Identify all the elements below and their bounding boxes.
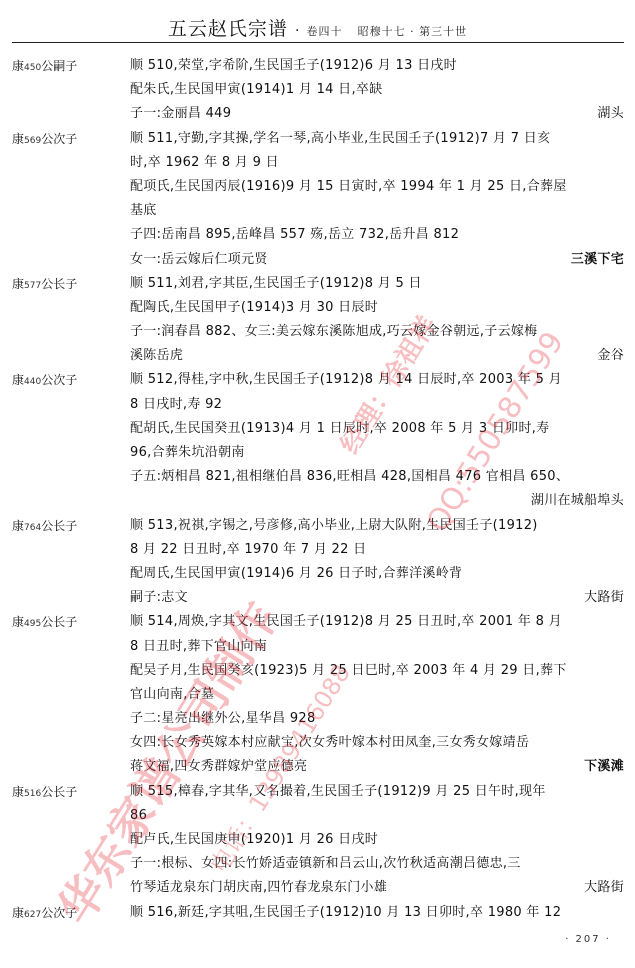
entry-line: 配陶氏,生民国甲子(1914)3 月 30 日辰时 — [130, 296, 624, 320]
header-rule — [12, 42, 624, 43]
entry-text: 配胡氏,生民国癸丑(1913)4 月 1 日辰时,卒 2008 年 5 月 3 … — [130, 417, 549, 441]
entry-text: 基底 — [130, 199, 157, 223]
entry-line: 86 — [130, 804, 624, 828]
father-label: 康450公嗣子 — [12, 54, 122, 80]
entry-text: 嗣子:志文 — [130, 586, 188, 610]
entry-text: 子二:星亮出继外公,星华昌 928 — [130, 707, 316, 731]
entry-line: 子五:炳相昌 821,祖相继伯昌 836,旺相昌 428,国相昌 476 官相昌… — [130, 465, 624, 489]
entry-text: 溪陈岳虎 — [130, 344, 183, 368]
residence-place: 湖头 — [597, 102, 624, 126]
father-clan-char: 康 — [12, 59, 24, 73]
entry-line: 湖川在城船埠头 — [130, 489, 624, 513]
title-separator: · — [295, 23, 299, 39]
entry-line: 溪陈岳虎金谷 — [130, 344, 624, 368]
entry-text: 顺 511,守勤,字其操,学名一琴,高小毕业,生民国壬子(1912)7 月 7 … — [130, 127, 550, 151]
entry-body: 顺 513,祝祺,字锡之,号彦修,高小毕业,上尉大队附,生民国壬子(1912)8… — [130, 514, 624, 611]
relation-label: 公长子 — [41, 615, 77, 629]
entry-line: 时,卒 1962 年 8 月 9 日 — [130, 151, 624, 175]
father-label: 康569公次子 — [12, 127, 122, 153]
entry-line: 顺 516,新廷,字其咀,生民国壬子(1912)10 月 13 日卯时,卒 19… — [130, 901, 624, 925]
entry-body: 顺 511,刘君,字其臣,生民国壬子(1912)8 月 5 日配陶氏,生民国甲子… — [130, 272, 624, 369]
entry-line: 96,合葬朱坑沿朝南 — [130, 441, 624, 465]
entry-line: 配胡氏,生民国癸丑(1913)4 月 1 日辰时,卒 2008 年 5 月 3 … — [130, 417, 624, 441]
entry-body: 顺 515,樟春,字其华,又名撮着,生民国壬子(1912)9 月 25 日午时,… — [130, 780, 624, 901]
relation-label: 公长子 — [41, 519, 77, 533]
father-clan-char: 康 — [12, 906, 24, 920]
entry-line: 配吴子月,生民国癸亥(1923)5 月 25 日巳时,卒 2003 年 4 月 … — [130, 659, 624, 683]
entry-line: 配周氏,生民国甲寅(1914)6 月 26 日子时,合葬洋溪岭背 — [130, 562, 624, 586]
father-clan-char: 康 — [12, 277, 24, 291]
entry-line: 子二:星亮出继外公,星华昌 928 — [130, 707, 624, 731]
entry-text: 配吴子月,生民国癸亥(1923)5 月 25 日巳时,卒 2003 年 4 月 … — [130, 659, 567, 683]
entry-text: 子四:岳南昌 895,岳峰昌 557 殇,岳立 732,岳升昌 812 — [130, 223, 459, 247]
relation-label: 公长子 — [41, 785, 77, 799]
entry-text: 女四:长女秀英嫁本村应献宝,次女秀叶嫁本村田凤奎,三女秀女嫁靖岳 — [130, 731, 529, 755]
father-label: 康764公长子 — [12, 514, 122, 540]
residence-place: 下溪滩 — [584, 755, 624, 779]
entry-line: 顺 511,刘君,字其臣,生民国壬子(1912)8 月 5 日 — [130, 272, 624, 296]
father-number: 764 — [24, 523, 41, 533]
father-number: 569 — [24, 136, 41, 146]
relation-label: 公嗣子 — [41, 59, 77, 73]
entry-text: 女一:岳云嫁后仁项元贤 — [130, 248, 268, 272]
father-number: 516 — [24, 789, 41, 799]
residence-place: 大路街 — [584, 586, 624, 610]
father-clan-char: 康 — [12, 615, 24, 629]
entry-line: 顺 513,祝祺,字锡之,号彦修,高小毕业,上尉大队附,生民国壬子(1912) — [130, 514, 624, 538]
entry-text: 顺 510,荣堂,字希阶,生民国壬子(1912)6 月 13 日戌时 — [130, 54, 457, 78]
volume-label: 卷四十 — [307, 25, 343, 38]
genealogy-entry: 康764公长子顺 513,祝祺,字锡之,号彦修,高小毕业,上尉大队附,生民国壬子… — [0, 514, 635, 611]
relation-label: 公次子 — [41, 373, 77, 387]
entry-text: 竹琴适龙泉东门胡庆南,四竹春龙泉东门小雄 — [130, 876, 387, 900]
entry-body: 顺 516,新廷,字其咀,生民国壬子(1912)10 月 13 日卯时,卒 19… — [130, 901, 624, 925]
genealogy-entry: 康495公长子顺 514,周焕,字其文,生民国壬子(1912)8 月 25 日丑… — [0, 610, 635, 779]
entry-body: 顺 511,守勤,字其操,学名一琴,高小毕业,生民国壬子(1912)7 月 7 … — [130, 127, 624, 272]
entry-text: 顺 515,樟春,字其华,又名撮着,生民国壬子(1912)9 月 25 日午时,… — [130, 780, 546, 804]
entry-line: 顺 511,守勤,字其操,学名一琴,高小毕业,生民国壬子(1912)7 月 7 … — [130, 127, 624, 151]
entry-body: 顺 514,周焕,字其文,生民国壬子(1912)8 月 25 日丑时,卒 200… — [130, 610, 624, 779]
father-label: 康495公长子 — [12, 610, 122, 636]
entry-line: 8 日戌时,寿 92 — [130, 393, 624, 417]
entry-line: 顺 512,得桂,字中秋,生民国壬子(1912)8 月 14 日辰时,卒 200… — [130, 368, 624, 392]
entry-text: 子五:炳相昌 821,祖相继伯昌 836,旺相昌 428,国相昌 476 官相昌… — [130, 465, 569, 489]
generation-label: 昭穆十七 · 第三十世 — [358, 25, 468, 38]
relation-label: 公次子 — [41, 132, 77, 146]
entry-text: 8 月 22 日丑时,卒 1970 年 7 月 22 日 — [130, 538, 366, 562]
residence-place: 三溪下宅 — [571, 248, 624, 272]
entry-text: 顺 514,周焕,字其文,生民国壬子(1912)8 月 25 日丑时,卒 200… — [130, 610, 562, 634]
entry-body: 顺 512,得桂,字中秋,生民国壬子(1912)8 月 14 日辰时,卒 200… — [130, 368, 624, 513]
entry-text: 子一:润春昌 882、女三:美云嫁东溪陈旭成,巧云嫁金谷朝远,子云嫁梅 — [130, 320, 537, 344]
genealogy-entry: 康516公长子顺 515,樟春,字其华,又名撮着,生民国壬子(1912)9 月 … — [0, 780, 635, 901]
entry-line: 基底 — [130, 199, 624, 223]
genealogy-entry: 康450公嗣子顺 510,荣堂,字希阶,生民国壬子(1912)6 月 13 日戌… — [0, 54, 635, 127]
father-label: 康440公次子 — [12, 368, 122, 394]
entry-text: 顺 512,得桂,字中秋,生民国壬子(1912)8 月 14 日辰时,卒 200… — [130, 368, 562, 392]
relation-label: 公长子 — [41, 277, 77, 291]
genealogy-entry: 康569公次子顺 511,守勤,字其操,学名一琴,高小毕业,生民国壬子(1912… — [0, 127, 635, 272]
father-clan-char: 康 — [12, 132, 24, 146]
relation-label: 公次子 — [41, 906, 77, 920]
entry-text: 配陶氏,生民国甲子(1914)3 月 30 日辰时 — [130, 296, 378, 320]
residence-place: 湖川在城船埠头 — [531, 489, 624, 513]
genealogy-entries: 康450公嗣子顺 510,荣堂,字希阶,生民国壬子(1912)6 月 13 日戌… — [0, 54, 635, 925]
entry-text: 配卢氏,生民国庚申(1920)1 月 26 日戌时 — [130, 828, 378, 852]
entry-line: 女一:岳云嫁后仁项元贤三溪下宅 — [130, 248, 624, 272]
father-number: 495 — [24, 619, 41, 629]
genealogy-entry: 康627公次子顺 516,新廷,字其咀,生民国壬子(1912)10 月 13 日… — [0, 901, 635, 925]
father-label: 康627公次子 — [12, 901, 122, 927]
entry-text: 8 日戌时,寿 92 — [130, 393, 222, 417]
entry-line: 子一:润春昌 882、女三:美云嫁东溪陈旭成,巧云嫁金谷朝远,子云嫁梅 — [130, 320, 624, 344]
entry-line: 嗣子:志文大路街 — [130, 586, 624, 610]
entry-line: 顺 514,周焕,字其文,生民国壬子(1912)8 月 25 日丑时,卒 200… — [130, 610, 624, 634]
entry-text: 配朱氏,生民国甲寅(1914)1 月 14 日,卒缺 — [130, 78, 383, 102]
father-number: 577 — [24, 281, 41, 291]
entry-line: 子四:岳南昌 895,岳峰昌 557 殇,岳立 732,岳升昌 812 — [130, 223, 624, 247]
residence-place: 金谷 — [597, 344, 624, 368]
page-header: 五云赵氏宗谱 · 卷四十 昭穆十七 · 第三十世 — [0, 14, 635, 41]
entry-text: 子一:金丽昌 449 — [130, 102, 231, 126]
book-title: 五云赵氏宗谱 — [168, 18, 288, 40]
father-number: 440 — [24, 377, 41, 387]
residence-place: 大路街 — [584, 876, 624, 900]
entry-line: 官山向南,合墓 — [130, 683, 624, 707]
entry-text: 顺 516,新廷,字其咀,生民国壬子(1912)10 月 13 日卯时,卒 19… — [130, 901, 561, 925]
entry-line: 子一:根标、女四:长竹娇适壶镇新和吕云山,次竹秋适高潮吕德忠,三 — [130, 852, 624, 876]
entry-text: 官山向南,合墓 — [130, 683, 214, 707]
entry-line: 顺 515,樟春,字其华,又名撮着,生民国壬子(1912)9 月 25 日午时,… — [130, 780, 624, 804]
entry-line: 顺 510,荣堂,字希阶,生民国壬子(1912)6 月 13 日戌时 — [130, 54, 624, 78]
entry-line: 8 日丑时,葬下官山向南 — [130, 635, 624, 659]
entry-body: 顺 510,荣堂,字希阶,生民国壬子(1912)6 月 13 日戌时配朱氏,生民… — [130, 54, 624, 127]
entry-text: 顺 511,刘君,字其臣,生民国壬子(1912)8 月 5 日 — [130, 272, 422, 296]
entry-text: 86 — [130, 804, 147, 828]
father-clan-char: 康 — [12, 785, 24, 799]
father-clan-char: 康 — [12, 373, 24, 387]
father-number: 627 — [24, 910, 41, 920]
entry-text: 96,合葬朱坑沿朝南 — [130, 441, 245, 465]
entry-line: 女四:长女秀英嫁本村应献宝,次女秀叶嫁本村田凤奎,三女秀女嫁靖岳 — [130, 731, 624, 755]
page-number: · 207 · — [565, 934, 611, 945]
entry-line: 配项氏,生民国丙辰(1916)9 月 15 日寅时,卒 1994 年 1 月 2… — [130, 175, 624, 199]
entry-line: 8 月 22 日丑时,卒 1970 年 7 月 22 日 — [130, 538, 624, 562]
father-label: 康577公长子 — [12, 272, 122, 298]
father-clan-char: 康 — [12, 519, 24, 533]
entry-text: 子一:根标、女四:长竹娇适壶镇新和吕云山,次竹秋适高潮吕德忠,三 — [130, 852, 521, 876]
entry-text: 配项氏,生民国丙辰(1916)9 月 15 日寅时,卒 1994 年 1 月 2… — [130, 175, 567, 199]
entry-text: 蒋文福,四女秀群嫁炉堂应德亮 — [130, 755, 307, 779]
genealogy-entry: 康577公长子顺 511,刘君,字其臣,生民国壬子(1912)8 月 5 日配陶… — [0, 272, 635, 369]
father-label: 康516公长子 — [12, 780, 122, 806]
father-number: 450 — [24, 63, 41, 73]
entry-text: 时,卒 1962 年 8 月 9 日 — [130, 151, 279, 175]
genealogy-entry: 康440公次子顺 512,得桂,字中秋,生民国壬子(1912)8 月 14 日辰… — [0, 368, 635, 513]
entry-text: 配周氏,生民国甲寅(1914)6 月 26 日子时,合葬洋溪岭背 — [130, 562, 462, 586]
entry-line: 竹琴适龙泉东门胡庆南,四竹春龙泉东门小雄大路街 — [130, 876, 624, 900]
entry-text: 顺 513,祝祺,字锡之,号彦修,高小毕业,上尉大队附,生民国壬子(1912) — [130, 514, 538, 538]
entry-line: 配卢氏,生民国庚申(1920)1 月 26 日戌时 — [130, 828, 624, 852]
entry-line: 子一:金丽昌 449湖头 — [130, 102, 624, 126]
entry-text: 8 日丑时,葬下官山向南 — [130, 635, 267, 659]
entry-line: 配朱氏,生民国甲寅(1914)1 月 14 日,卒缺 — [130, 78, 624, 102]
entry-line: 蒋文福,四女秀群嫁炉堂应德亮下溪滩 — [130, 755, 624, 779]
